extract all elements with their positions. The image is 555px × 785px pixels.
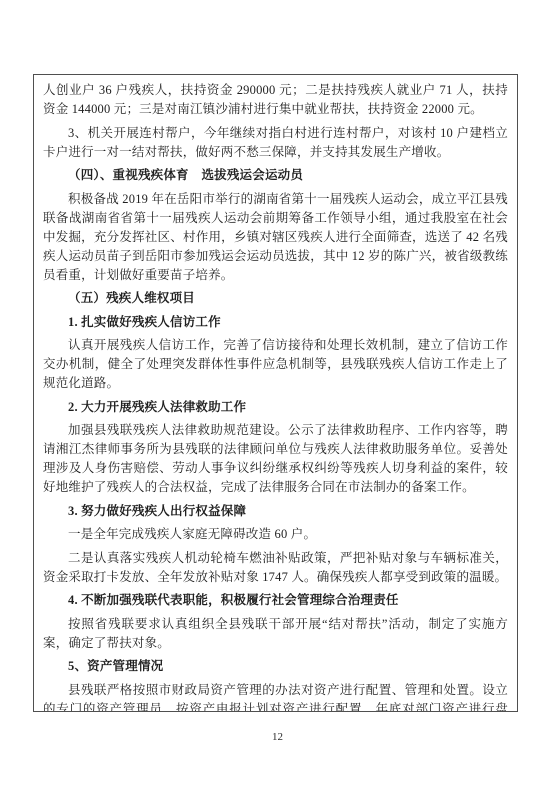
paragraph: 认真开展残疾人信访工作，完善了信访接待和处理长效机制，建立了信访工作交办机制，健…: [43, 336, 508, 393]
paragraph: 3、机关开展连村帮户，今年继续对指白村进行连村帮户，对该村 10 户建档立卡户进…: [43, 124, 508, 162]
paragraph: 二是认真落实残疾人机动轮椅车燃油补贴政策，严把补贴对象与车辆标准关，资金采取打卡…: [43, 549, 508, 587]
paragraph-continuation: 人创业户 36 户残疾人，扶持资金 290000 元；二是扶持残疾人就业户 71…: [43, 81, 508, 119]
subheading-2: 2. 大力开展残疾人法律救助工作: [43, 398, 508, 417]
subheading-4: 4. 不断加强残联代表职能，积极履行社会管理综合治理责任: [43, 591, 508, 610]
paragraph: 加强县残联残疾人法律救助规范建设。公示了法律救助程序、工作内容等，聘请湘江杰律师…: [43, 421, 508, 497]
paragraph: 县残联严格按照市财政局资产管理的办法对资产进行配置、管理和处置。设立的专门的资产…: [43, 681, 508, 713]
section-heading-5: （五）残疾人维权项目: [43, 289, 508, 308]
subheading-1: 1. 扎实做好残疾人信访工作: [43, 313, 508, 332]
paragraph: 按照省残联要求认真组织全县残联干部开展“结对帮扶”活动，制定了实施方案，确定了帮…: [43, 615, 508, 653]
section-heading-4: （四）、重视残疾体育 选拔残运会运动员: [43, 166, 508, 185]
subheading-3: 3. 努力做好残疾人出行权益保障: [43, 502, 508, 521]
paragraph: 积极备战 2019 年在岳阳市举行的湖南省第十一届残疾人运动会，成立平江县残联备…: [43, 190, 508, 285]
subheading-5: 5、资产管理情况: [43, 657, 508, 676]
document-page: 人创业户 36 户残疾人，扶持资金 290000 元；二是扶持残疾人就业户 71…: [0, 0, 555, 785]
paragraph: 一是全年完成残疾人家庭无障碍改造 60 户。: [43, 525, 508, 544]
report-text-box: 人创业户 36 户残疾人，扶持资金 290000 元；二是扶持残疾人就业户 71…: [33, 74, 518, 712]
page-number: 12: [0, 731, 555, 743]
